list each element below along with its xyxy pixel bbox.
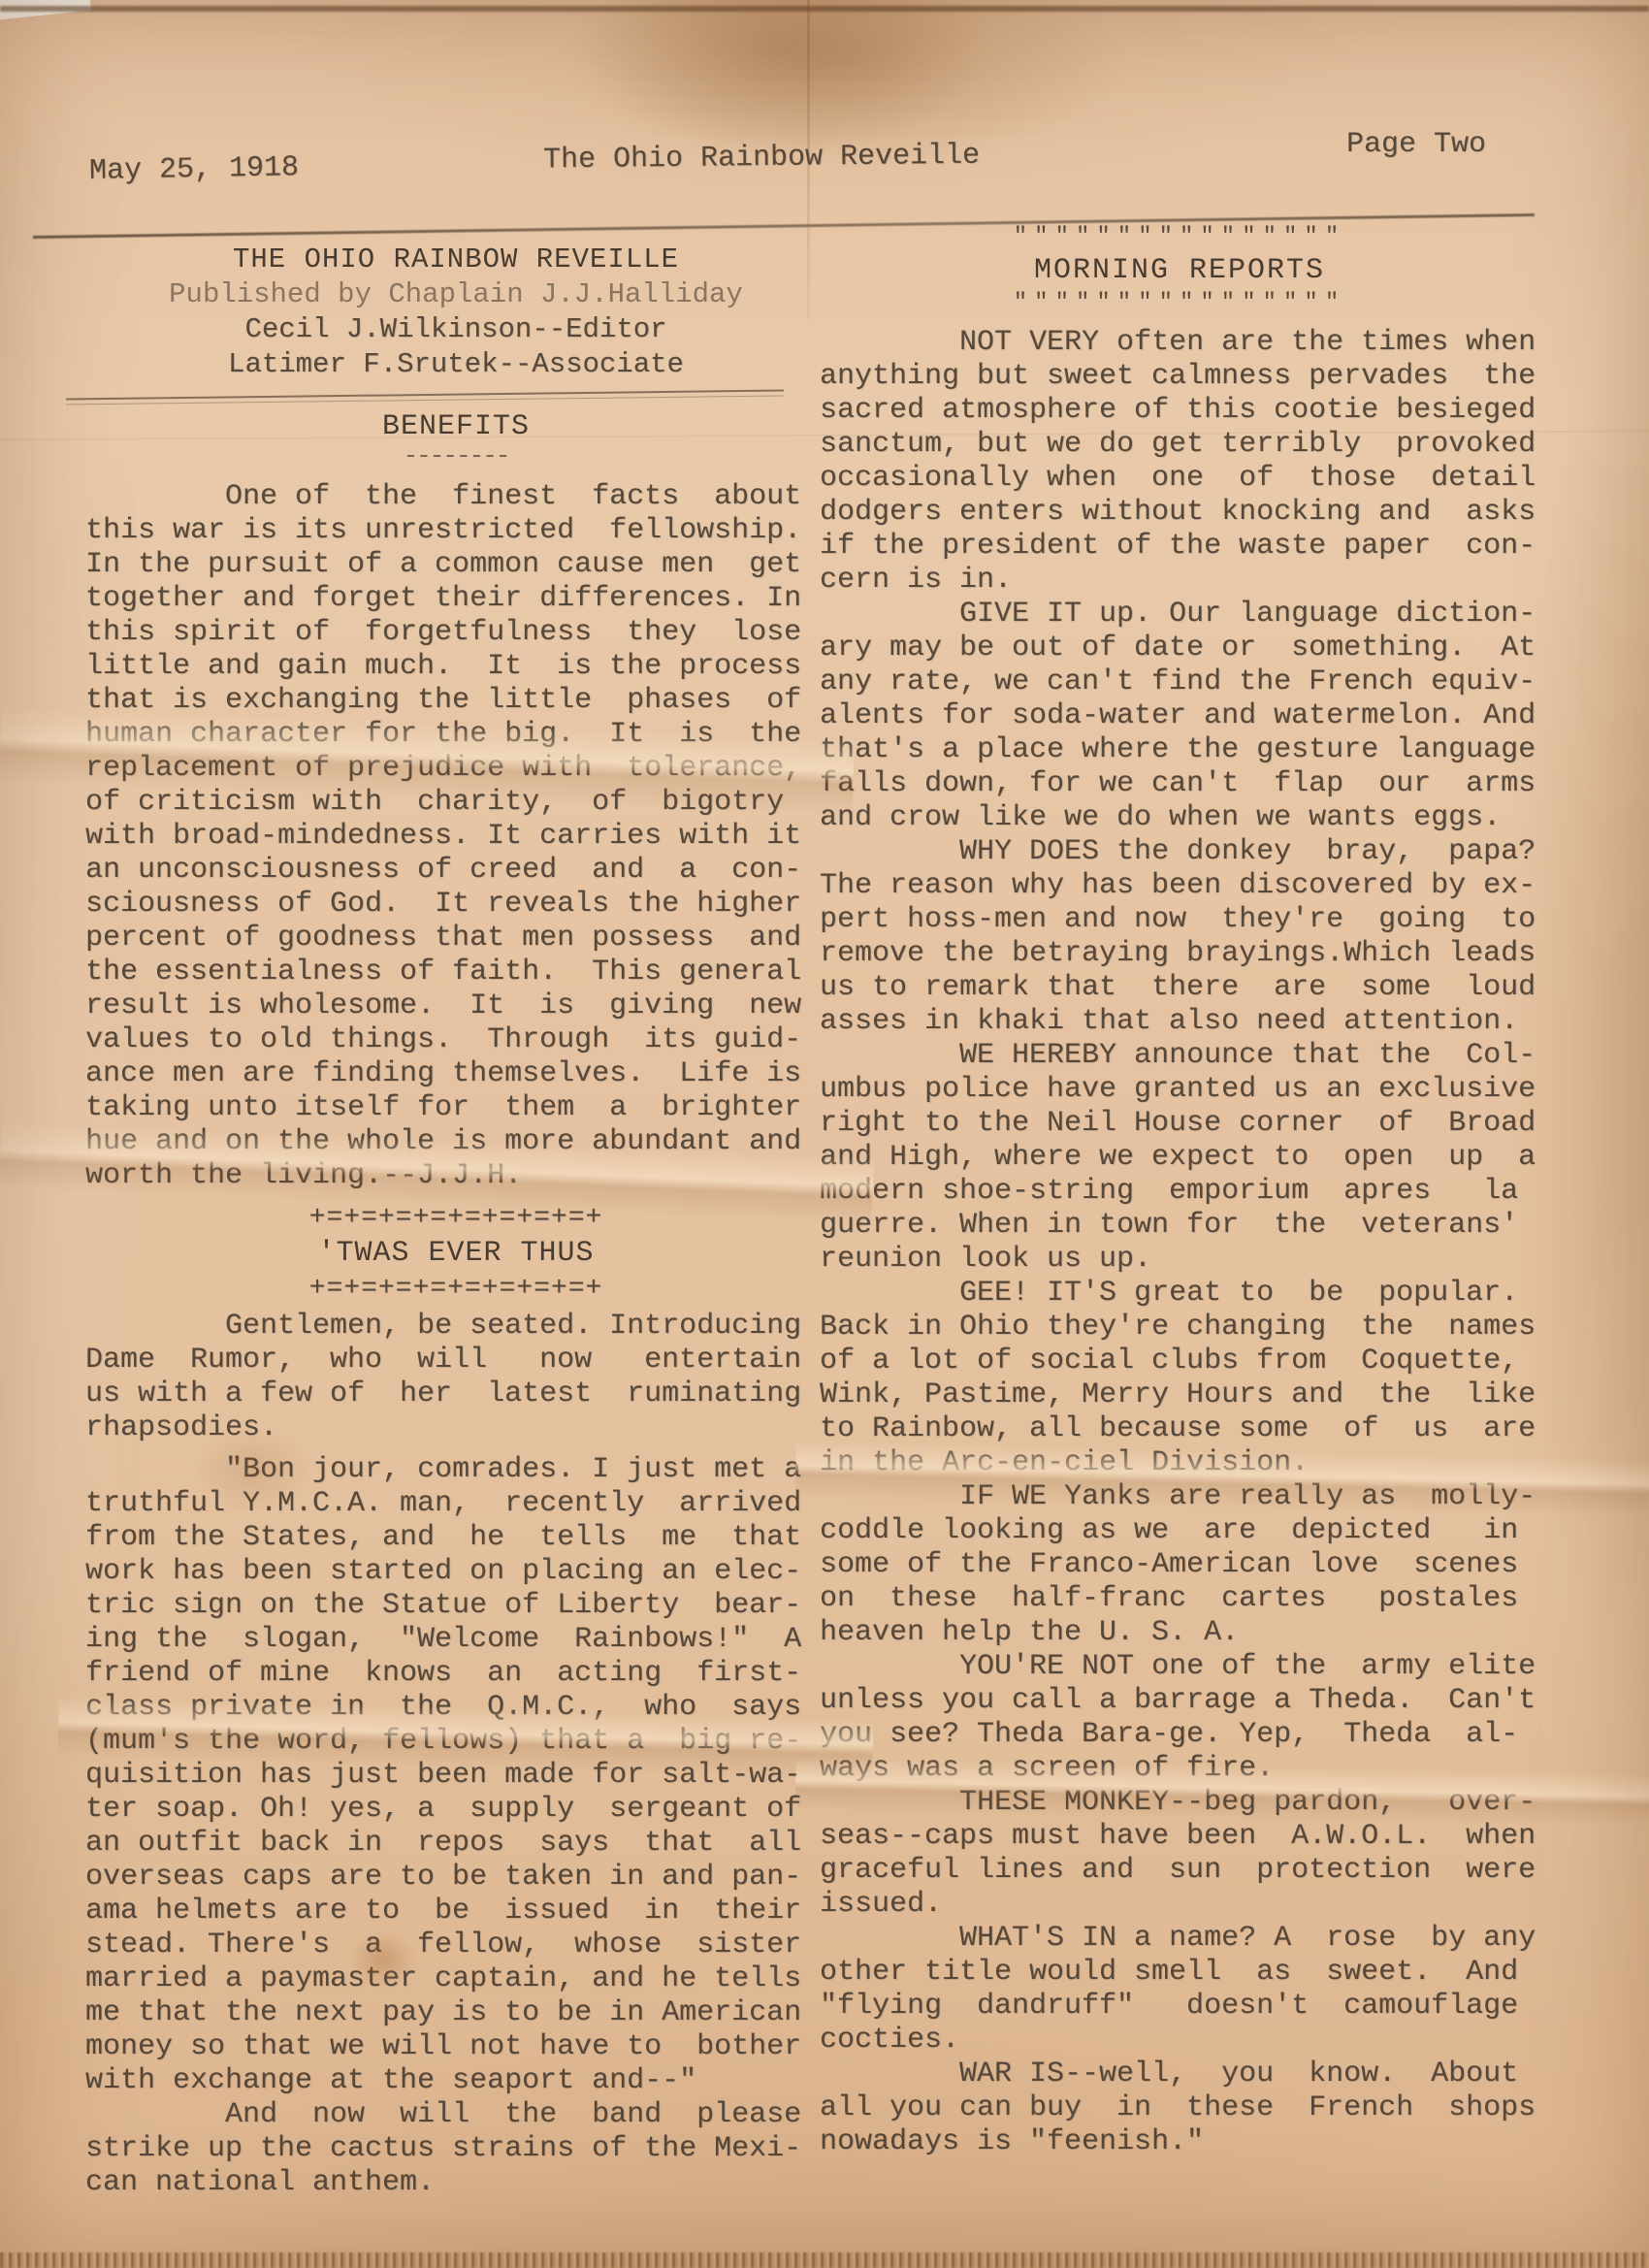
twas-divider-bottom: +=+=+=+=+=+=+=+=+ — [85, 1272, 826, 1306]
right-column: """""""""""""""" MORNING REPORTS """""""… — [820, 223, 1539, 2159]
benefits-heading: BENEFITS — [85, 408, 826, 445]
masthead-editor: Cecil J.Wilkinson--Editor — [85, 312, 826, 347]
masthead-associate: Latimer F.Srutek--Associate — [85, 347, 826, 382]
morning-reports-quote-row-bottom: """""""""""""""" — [820, 289, 1539, 318]
twas-intro-paragraph: Gentlemen, be seated. Introducing Dame R… — [85, 1310, 826, 1445]
scan-bottom-edge — [0, 2252, 1649, 2268]
masthead-publisher: Published by Chaplain J.J.Halliday — [85, 277, 826, 312]
morning-reports-item: WE HEREBY announce that the Col- umbus p… — [820, 1039, 1539, 1277]
morning-reports-item: IF WE Yanks are really as molly- coddle … — [820, 1480, 1539, 1650]
morning-reports-item: WAR IS--well, you know. About all you ca… — [820, 2057, 1539, 2159]
morning-reports-item: YOU'RE NOT one of the army elite unless … — [820, 1650, 1539, 1786]
morning-reports-item: WHY DOES the donkey bray, papa? The reas… — [820, 835, 1539, 1039]
masthead: THE OHIO RAINBOW REVEILLE Published by C… — [85, 243, 826, 382]
morning-reports-quote-row-top: """""""""""""""" — [820, 223, 1539, 252]
morning-reports-heading: MORNING REPORTS — [820, 252, 1539, 289]
morning-reports-item: GIVE IT up. Our language diction- ary ma… — [820, 598, 1539, 835]
header-title: The Ohio Rainbow Reveille — [543, 140, 980, 178]
header-page-number: Page Two — [1346, 128, 1486, 161]
morning-reports-item: WHAT'S IN a name? A rose by any other ti… — [820, 1922, 1539, 2057]
scan-edge-line — [0, 6, 1649, 12]
scanned-newspaper-page: { "colors": { "paper": "#e5c3a2", "paper… — [0, 0, 1649, 2268]
twas-closing-paragraph: And now will the band please strike up t… — [85, 2098, 826, 2200]
benefits-underline: -------- — [85, 445, 826, 467]
twas-divider-top: +=+=+=+=+=+=+=+=+ — [85, 1201, 826, 1235]
masthead-title: THE OHIO RAINBOW REVEILLE — [85, 243, 826, 277]
header-date: May 25, 1918 — [89, 151, 300, 188]
left-column: THE OHIO RAINBOW REVEILLE Published by C… — [85, 243, 826, 2200]
masthead-rule — [66, 389, 784, 405]
morning-reports-item: GEE! IT'S great to be popular. Back in O… — [820, 1277, 1539, 1480]
twas-rumor-paragraph: "Bon jour, comrades. I just met a truthf… — [85, 1453, 826, 2098]
twas-heading: 'TWAS EVER THUS — [85, 1235, 826, 1272]
benefits-article-body: One of the finest facts about this war i… — [85, 480, 826, 1193]
morning-reports-item: THESE MONKEY--beg pardon, over- seas--ca… — [820, 1786, 1539, 1922]
morning-reports-item: NOT VERY often are the times when anythi… — [820, 326, 1539, 598]
